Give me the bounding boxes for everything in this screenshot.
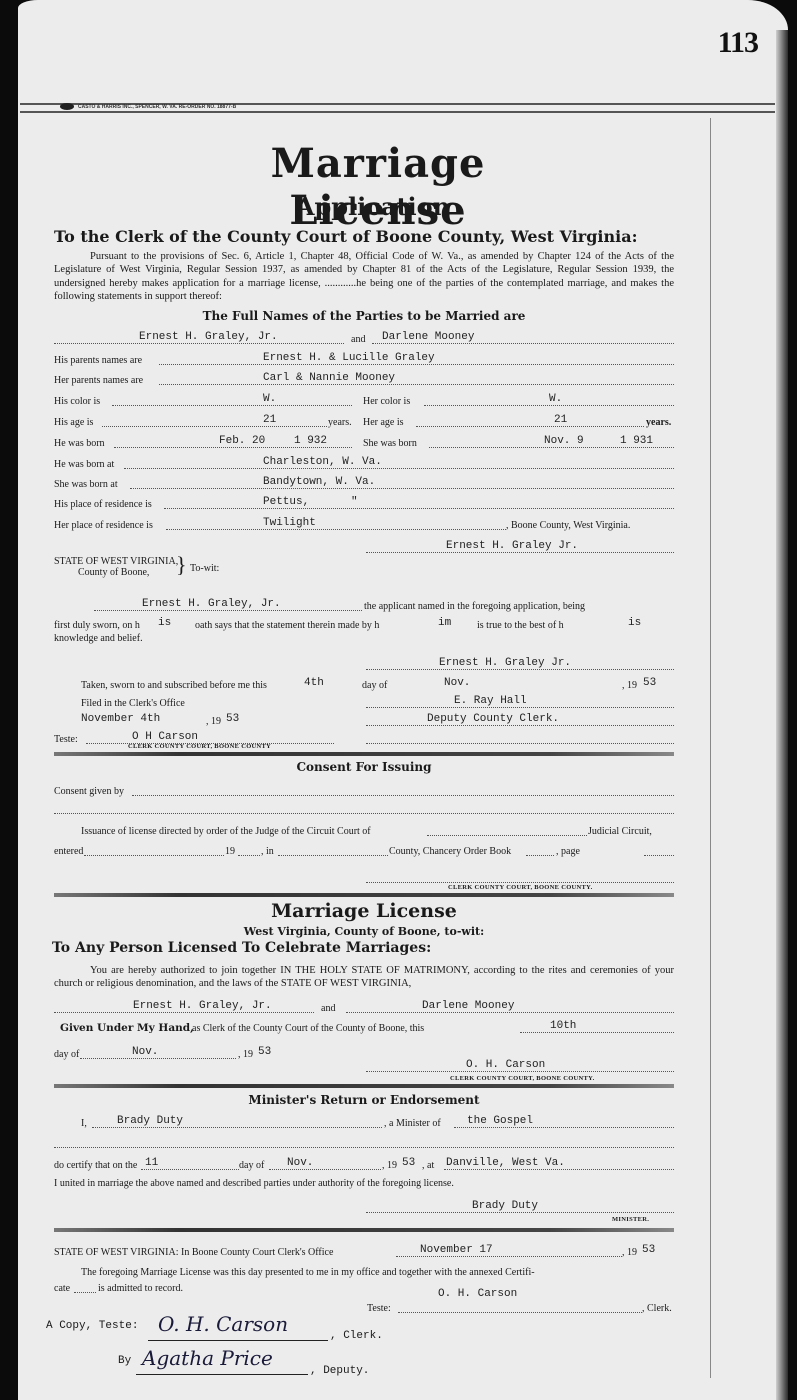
cate-row: cate is admitted to record. xyxy=(54,1280,674,1294)
minister-name-row: I, Brady Duty , a Minister of the Gospel xyxy=(54,1115,674,1129)
application-preamble: Pursuant to the provisions of Sec. 6, Ar… xyxy=(54,250,674,304)
his-birth-year: 1 932 xyxy=(294,435,327,447)
consent-heading: Consent For Issuing xyxy=(54,760,674,774)
minister-heading: Minister's Return or Endorsement xyxy=(54,1093,674,1107)
his-age-value: 21 xyxy=(263,414,276,426)
consent-clerk-sig xyxy=(54,870,674,884)
his-parents-row: His parents names are Ernest H. & Lucill… xyxy=(54,352,674,366)
her-parents-row: Her parents names are Carl & Nannie Moon… xyxy=(54,372,674,386)
knowledge-row: knowledge and belief. xyxy=(54,630,674,644)
brace: } xyxy=(176,554,187,576)
given-day: 10th xyxy=(550,1020,576,1032)
taken-day: 4th xyxy=(304,677,324,689)
groom-name: Ernest H. Graley, Jr. xyxy=(139,331,278,343)
section-divider xyxy=(54,752,674,756)
applicant-row: Ernest H. Graley, Jr. the applicant name… xyxy=(54,598,674,612)
marriage-place: Danville, West Va. xyxy=(446,1157,565,1169)
license-clerk-sig: O. H. Carson xyxy=(54,1059,674,1073)
given-row: Given Under My Hand, as Clerk of the Cou… xyxy=(54,1020,674,1034)
birthdate-row: He was born Feb. 20 1 932 She was born N… xyxy=(54,435,674,449)
color-row: His color is W. Her color is W. xyxy=(54,393,674,407)
marriage-year: 53 xyxy=(402,1157,415,1169)
deputy-signature: Agatha Price xyxy=(142,1346,273,1370)
her-parents-value: Carl & Nannie Mooney xyxy=(263,372,395,384)
age-row: His age is 21 years. Her age is 21 years… xyxy=(54,414,674,428)
copy-teste-label: A Copy, Teste: xyxy=(46,1320,138,1332)
filed-row: Filed in the Clerk's Office E. Ray Hall xyxy=(54,695,674,709)
recording-teste-row: Teste: O. H. Carson , Clerk. xyxy=(54,1300,674,1314)
his-color-value: W. xyxy=(263,393,276,405)
deputy-clerk-name: E. Ray Hall xyxy=(454,695,527,707)
recording-row: STATE OF WEST VIRGINIA: In Boone County … xyxy=(54,1244,674,1258)
her-age-value: 21 xyxy=(554,414,567,426)
section-divider xyxy=(54,1084,674,1088)
his-birthplace: Charleston, W. Va. xyxy=(263,456,382,468)
margin-rule xyxy=(710,118,711,1378)
clerk-caption: CLERK COUNTY COURT, BOONE COUNTY xyxy=(128,743,271,750)
printer-logo-icon xyxy=(60,103,74,110)
applicant-signature: Ernest H. Graley Jr. xyxy=(54,657,674,671)
recording-date: November 17 xyxy=(420,1244,493,1256)
license-clerk-name: O. H. Carson xyxy=(466,1059,545,1071)
her-birth-year: 1 931 xyxy=(620,435,653,447)
deputy-clerk-title: Deputy County Clerk. xyxy=(427,713,559,725)
parties-heading: The Full Names of the Parties to be Marr… xyxy=(54,309,674,323)
issuance-row: Issuance of license directed by order of… xyxy=(54,823,674,837)
license-bride: Darlene Mooney xyxy=(422,1000,514,1012)
license-names-row: Ernest H. Graley, Jr. and Darlene Mooney xyxy=(54,1000,674,1014)
filed-date-row: November 4th , 19 53 Deputy County Clerk… xyxy=(54,713,674,727)
her-birth-date: Nov. 9 xyxy=(544,435,584,447)
taken-month: Nov. xyxy=(444,677,470,689)
given-month: Nov. xyxy=(132,1046,158,1058)
application-subtitle: Application xyxy=(218,192,528,221)
taken-row: Taken, sworn to and subscribed before me… xyxy=(54,677,674,691)
applicant-name: Ernest H. Graley, Jr. xyxy=(142,598,281,610)
sworn-row: first duly sworn, on h is oath says that… xyxy=(54,617,674,631)
his-residence-row: His place of residence is Pettus, " xyxy=(54,496,674,510)
recording-clerk-name: O. H. Carson xyxy=(438,1288,517,1300)
his-parents-value: Ernest H. & Lucille Graley xyxy=(263,352,435,364)
minister-signature-row: Brady Duty xyxy=(54,1200,674,1214)
minister-signature: Brady Duty xyxy=(472,1200,538,1212)
consent-given-row: Consent given by xyxy=(54,783,674,797)
given-date-row: day of Nov. , 19 53 xyxy=(54,1046,674,1060)
section-divider xyxy=(54,893,674,897)
venue-block: STATE OF WEST VIRGINIA, County of Boone, xyxy=(54,556,178,578)
her-residence-row: Her place of residence is Twilight , Boo… xyxy=(54,517,674,531)
minister-denomination: the Gospel xyxy=(467,1115,533,1127)
copy-clerk-signature: O. H. Carson xyxy=(158,1312,288,1336)
section-divider xyxy=(54,1228,674,1232)
consent-blank-row xyxy=(54,801,674,815)
ditto-mark: " xyxy=(351,496,358,508)
united-row: I united in marriage the above named and… xyxy=(54,1175,674,1189)
her-color-value: W. xyxy=(549,393,562,405)
license-addressee: To Any Person Licensed To Celebrate Marr… xyxy=(52,940,431,956)
foregoing-row: The foregoing Marriage License was this … xyxy=(54,1264,674,1278)
printer-imprint: CASTO & HARRIS INC., SPENCER, W. VA. RE-… xyxy=(60,103,236,110)
his-residence: Pettus, xyxy=(263,496,309,508)
her-birthplace: Bandytown, W. Va. xyxy=(263,476,375,488)
marriage-day: 11 xyxy=(145,1157,158,1169)
license-jurisdiction: West Virginia, County of Boone, to-wit: xyxy=(54,925,674,938)
document-page: 113 CASTO & HARRIS INC., SPENCER, W. VA.… xyxy=(18,0,788,1400)
his-birthplace-row: He was born at Charleston, W. Va. xyxy=(54,456,674,470)
his-birth-date: Feb. 20 xyxy=(219,435,265,447)
by-label: By xyxy=(118,1355,131,1367)
her-residence: Twilight xyxy=(263,517,316,529)
minister-name: Brady Duty xyxy=(117,1115,183,1127)
application-addressee: To the Clerk of the County Court of Boon… xyxy=(54,227,637,246)
filed-date: November 4th xyxy=(81,713,160,725)
certify-row: do certify that on the 11 day of Nov. , … xyxy=(54,1157,674,1171)
bride-name: Darlene Mooney xyxy=(382,331,474,343)
her-birthplace-row: She was born at Bandytown, W. Va. xyxy=(54,476,674,490)
license-authorization: You are hereby authorized to join togeth… xyxy=(54,964,674,991)
license-title: Marriage License xyxy=(54,900,674,922)
license-groom: Ernest H. Graley, Jr. xyxy=(133,1000,272,1012)
marriage-month: Nov. xyxy=(287,1157,313,1169)
page-number: 113 xyxy=(718,26,758,60)
entered-row: entered 19 , in County, Chancery Order B… xyxy=(54,843,674,857)
teste-name: O H Carson xyxy=(132,731,198,743)
parties-names-row: Ernest H. Graley, Jr. and Darlene Mooney xyxy=(54,331,674,345)
header-band: CASTO & HARRIS INC., SPENCER, W. VA. RE-… xyxy=(20,100,775,118)
applicant-signature-top: Ernest H. Graley Jr. xyxy=(54,540,674,554)
to-wit-label: To-wit: xyxy=(190,563,219,574)
minister-blank-row xyxy=(54,1135,674,1149)
